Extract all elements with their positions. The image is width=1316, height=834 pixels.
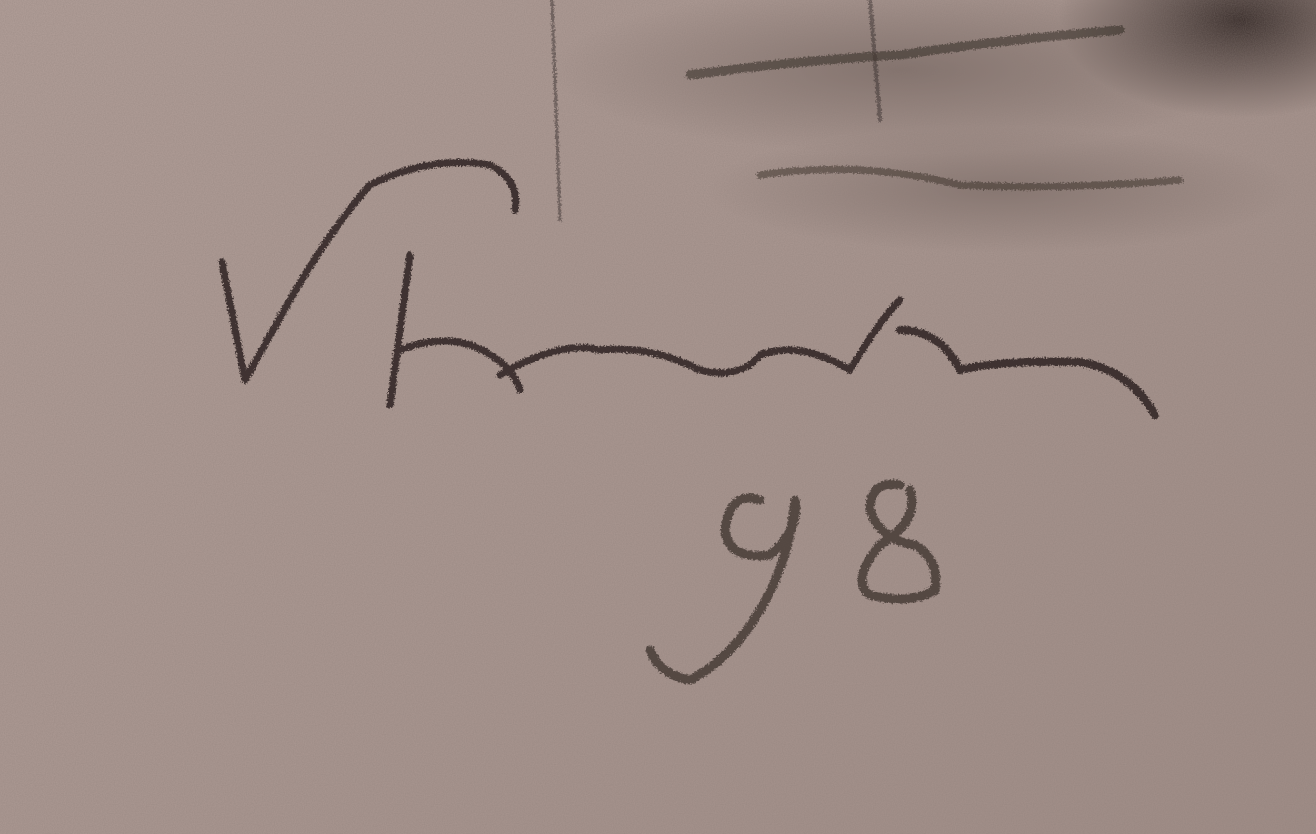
signature-strokes (0, 0, 1316, 834)
textured-paper-background: Vhrwn 98 (0, 0, 1316, 834)
